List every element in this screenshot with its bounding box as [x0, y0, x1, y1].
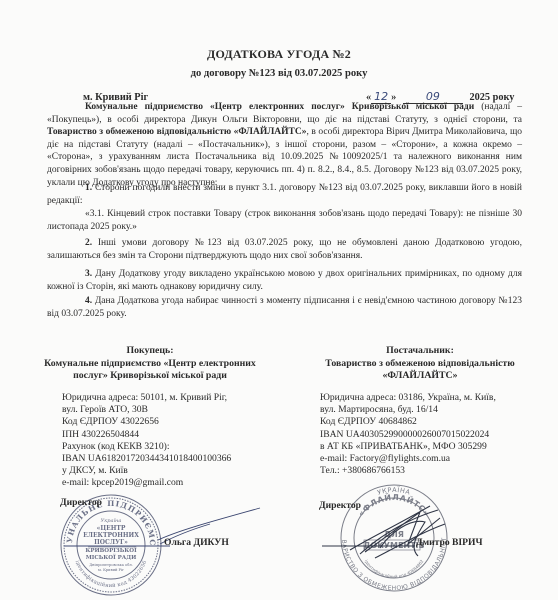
clause-text: Сторони погодили внести зміни в пункт 3.…	[47, 183, 522, 206]
document-page: ДОДАТКОВА УГОДА №2 до договору №123 від …	[0, 0, 558, 600]
seller-detail-line: Код ЄДРПОУ 40684862	[320, 416, 496, 428]
clause-text: Інші умови договору №123 від 03.07.2025 …	[47, 238, 522, 261]
clause-text: Дану Додаткову угоду викладено українськ…	[47, 269, 522, 292]
buyer-heading: Покупець:	[40, 345, 260, 358]
buyer-org: Комунальне підприємство «Центр електронн…	[40, 358, 260, 383]
clause-2: 2. Інші умови договору №123 від 03.07.20…	[47, 237, 522, 262]
clause-text: Дана Додаткова угода набирає чинності з …	[47, 296, 522, 319]
seller-detail-line: Юридична адреса: 03186, Україна, м. Київ…	[320, 392, 496, 404]
seller-detail-line: вул. Мартиросяна, буд. 16/14	[320, 404, 496, 416]
seller-detail-line: IBAN UA403052990000026007015022024	[320, 429, 496, 441]
buyer-detail-line: Код ЄДРПОУ 43022656	[62, 416, 231, 428]
buyer-details: Юридична адреса: 50101, м. Кривий Ріг, в…	[62, 392, 231, 490]
seller-heading: Постачальник:	[310, 345, 530, 358]
buyer-signature-icon	[60, 500, 270, 560]
clause-3: 3. Дану Додаткову угоду викладено україн…	[47, 268, 522, 293]
svg-text:м. Кривий Ріг: м. Кривий Ріг	[98, 568, 124, 572]
buyer-detail-line: Рахунок (код КЕКВ 3210):	[62, 441, 231, 453]
clause-quote: «3.1. Кінцевий строк поставки Товару (ст…	[47, 208, 522, 233]
intro-paragraph: Комунальне підприємство «Центр електронн…	[47, 101, 522, 189]
buyer-heading-block: Покупець: Комунальне підприємство «Центр…	[40, 345, 260, 383]
seller-detail-line: e-mail: Factory@flylights.com.ua	[320, 453, 496, 465]
seller-detail-line: Тел.: +380686766153	[320, 465, 496, 477]
seller-detail-line: в АТ КБ «ПРИВАТБАНК», МФО 305299	[320, 441, 496, 453]
clause-4: 4. Дана Додаткова угода набирає чинності…	[47, 295, 522, 320]
buyer-detail-line: вул. Героїв АТО, 30В	[62, 404, 231, 416]
buyer-detail-line: Юридична адреса: 50101, м. Кривий Ріг,	[62, 392, 231, 404]
buyer-detail-line: e-mail: kpcep2019@gmail.com	[62, 477, 231, 489]
buyer-detail-line: у ДКСУ, м. Київ	[62, 465, 231, 477]
seller-details: Юридична адреса: 03186, Україна, м. Київ…	[320, 392, 496, 477]
buyer-detail-line: IBAN UA618201720344341018400100366	[62, 453, 231, 465]
buyer-org-name: Комунальне підприємство «Центр електронн…	[85, 102, 474, 112]
document-subtitle: до договору №123 від 03.07.2025 року	[0, 68, 558, 79]
clause-1: 1. Сторони погодили внести зміни в пункт…	[47, 182, 522, 233]
seller-signatory-role: Директор	[319, 500, 361, 511]
buyer-signatory-role: Директор	[60, 497, 102, 508]
seller-signatory-name: Дмитро ВІРИЧ	[416, 537, 483, 548]
buyer-signatory-name: Ольга ДИКУН	[164, 537, 229, 548]
seller-heading-block: Постачальник: Товариство з обмеженою від…	[310, 345, 530, 383]
seller-org-name: Товариство з обмеженою відповідальністю …	[47, 127, 307, 137]
svg-text:Дніпропетровська обл.: Дніпропетровська обл.	[89, 563, 133, 567]
seller-org: Товариство з обмеженою відповідальністю …	[310, 358, 530, 383]
buyer-detail-line: ІПН 430226504844	[62, 429, 231, 441]
document-title: ДОДАТКОВА УГОДА №2	[0, 47, 558, 62]
